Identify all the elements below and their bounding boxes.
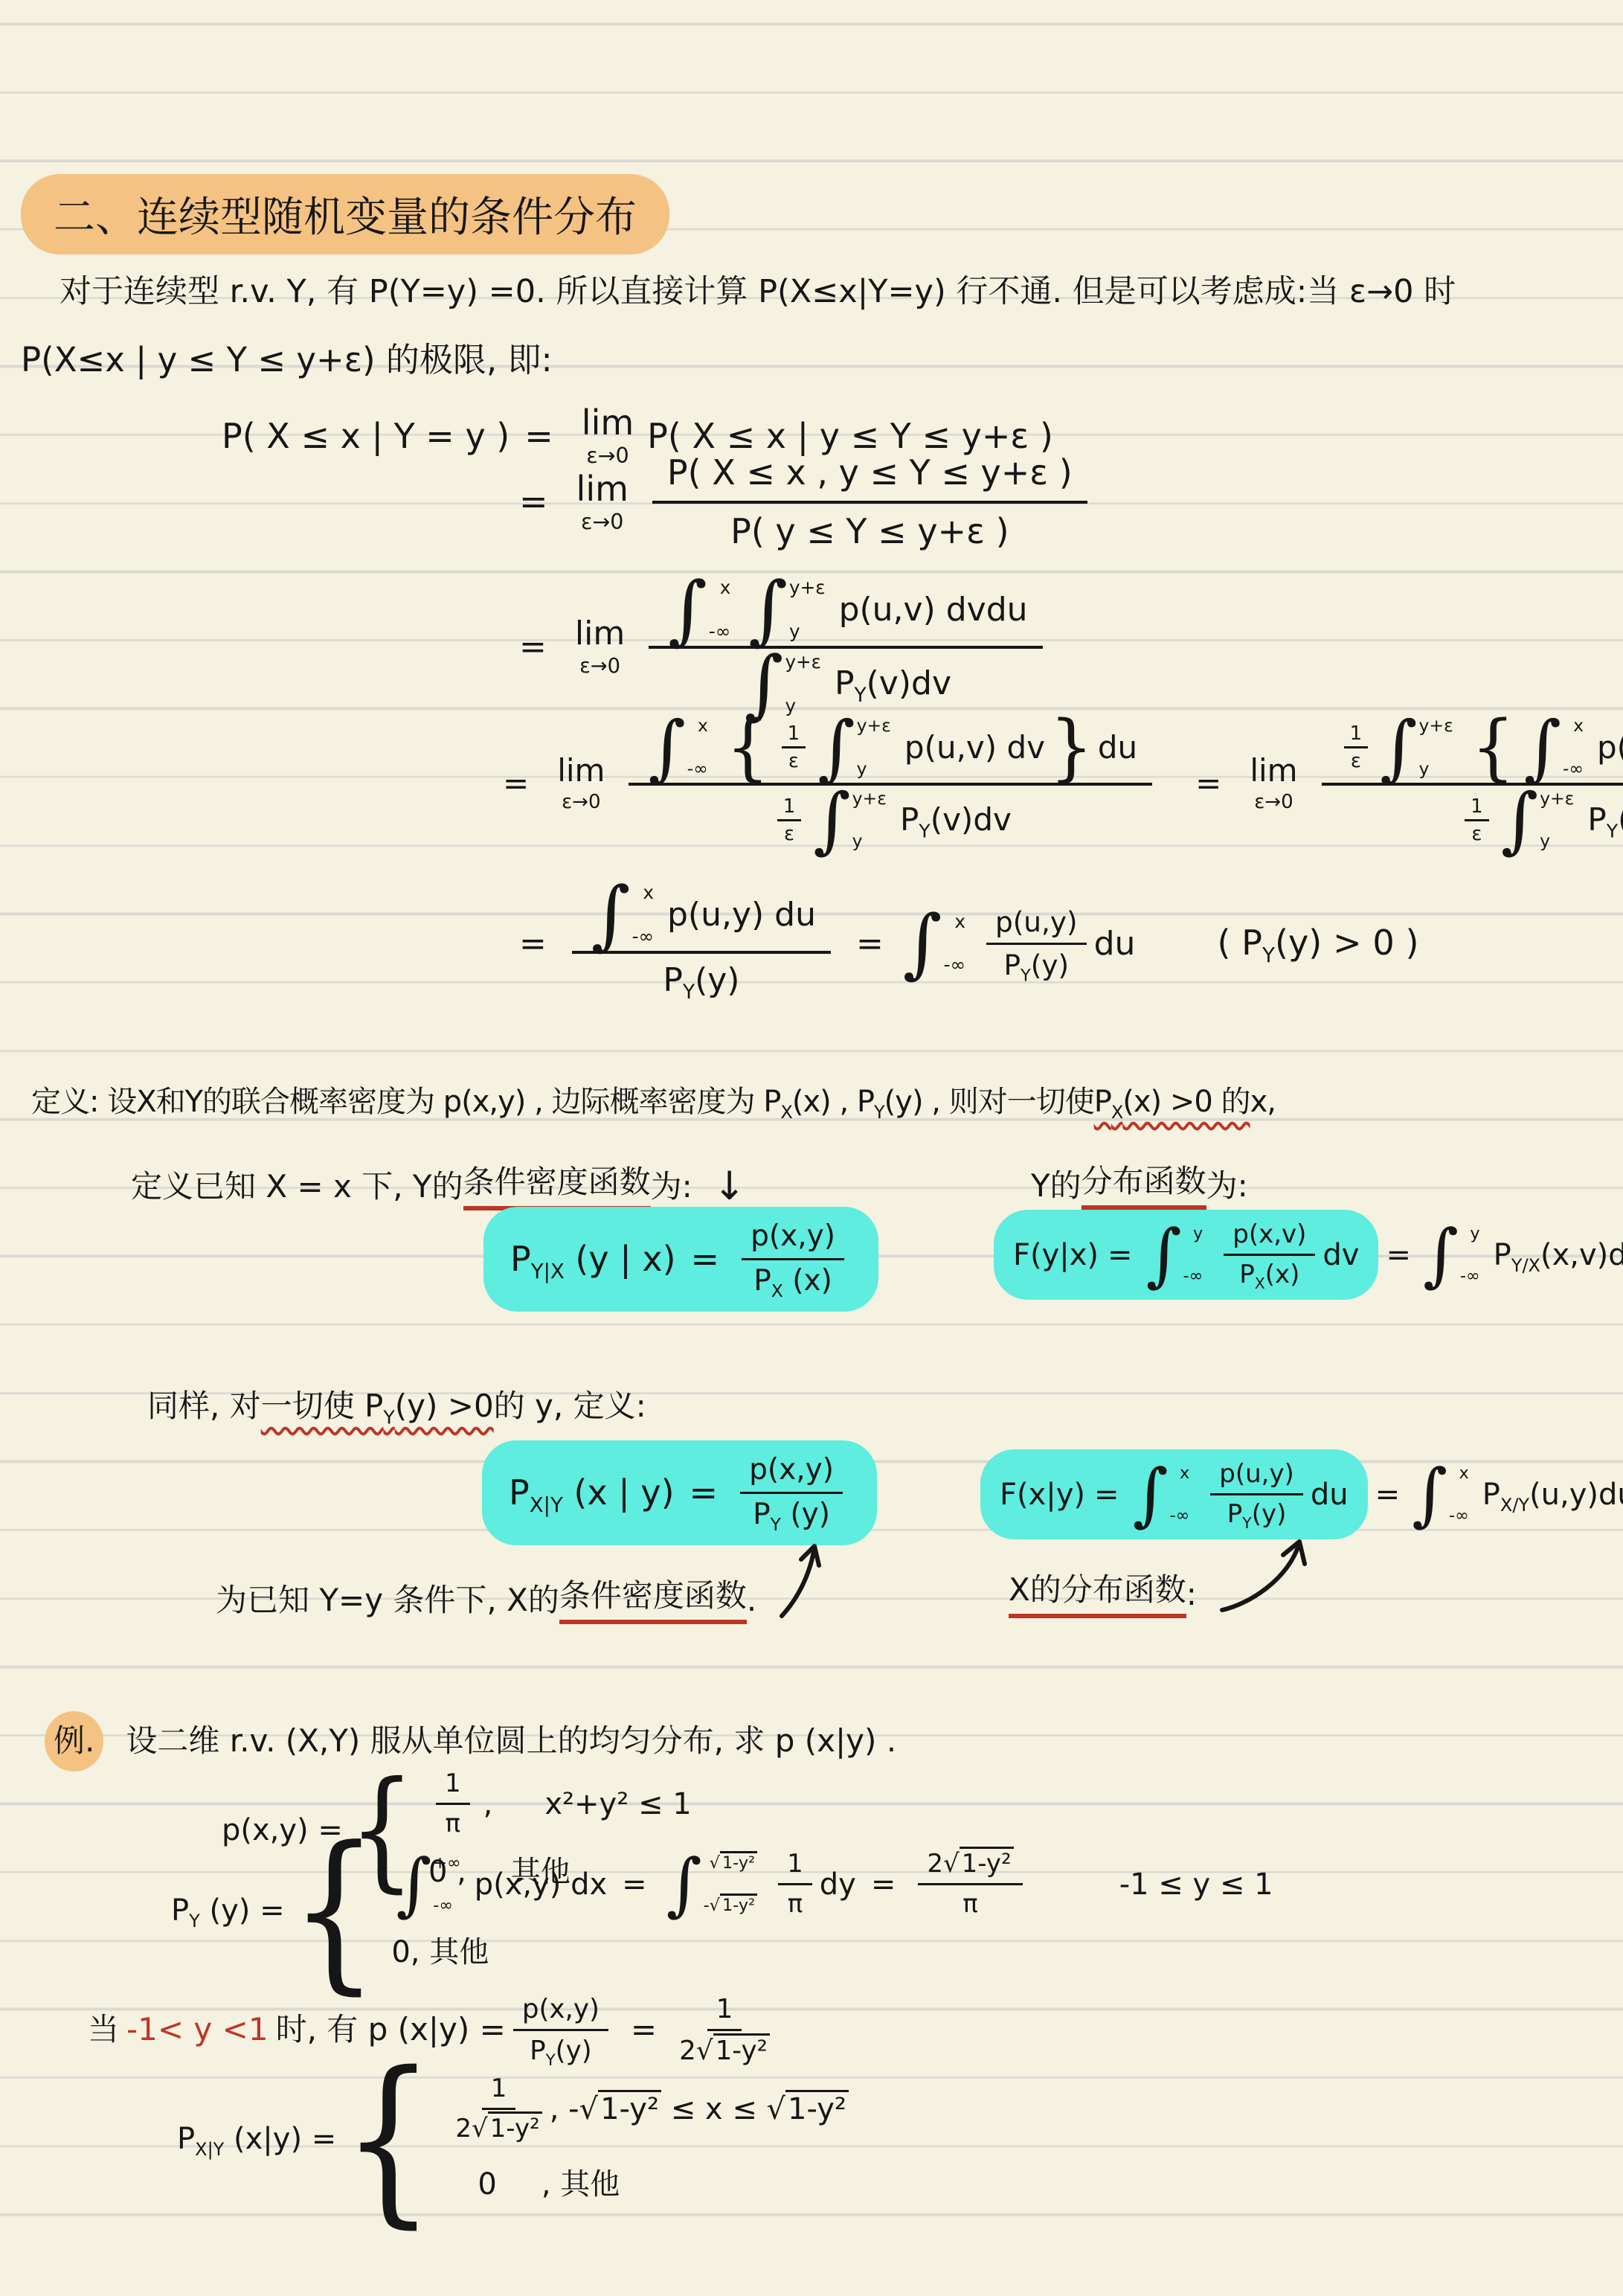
integral-icon: ∫ [817,721,855,775]
math-token: PY(v)dv [1587,801,1623,838]
integral-icon: ∫ [666,1859,702,1910]
when-text: 当 [88,2010,119,2050]
definition-text: x, [1250,1083,1276,1120]
integral-upper: y [1470,1225,1479,1242]
math-token: PY|X (y | x) [510,1238,676,1281]
fraction-denominator: 2√1-y² [455,2110,541,2143]
fraction-denominator: π [788,1885,803,1919]
fraction-denominator: PY(y) [663,954,739,1001]
integral-lower: -∞ [433,1897,453,1914]
fraction-numerator: 1 [1465,797,1489,821]
fraction-denominator: ε [784,821,794,844]
limit-sub: ε→0 [579,656,620,676]
integral-lower: -∞ [1563,760,1584,778]
integral-upper: x [954,913,965,931]
integral-lower: -∞ [1183,1268,1203,1284]
fraction: ∫x-∞ { 1ε ∫y+εy p(u,v) dv } du 1ε ∫y+εy … [629,720,1152,847]
left-brace: { [726,719,770,777]
intro-text-1: 对于连续型 r.v. Y, 有 P(Y=y) =0. 所以直接计算 P(X≤x|… [60,272,1456,312]
integral-lower: -∞ [1170,1507,1190,1524]
notebook-page: 二、连续型随机变量的条件分布 对于连续型 r.v. Y, 有 P(Y=y) =0… [0,0,1623,2296]
case-row: 12√1-y² , -√1-y² ≤ x ≤ √1-y² [448,2074,849,2143]
likewise-text: 同样, 对 [147,1387,261,1426]
equals-sign: = [519,481,548,524]
fraction-numerator: 2√1-y² [918,1850,1022,1885]
math-token: PX/Y(u,y)du [1482,1476,1623,1513]
integral-lower: -∞ [1449,1507,1469,1524]
small-fraction: 1ε [777,797,802,844]
fraction-denominator: ε [788,748,799,771]
underlined-term: 条件密度函数 [463,1163,651,1210]
integral-icon: ∫ [648,721,685,775]
integral-upper: y+ε [1418,717,1453,735]
math-token: P( X ≤ x | Y = y ) [222,415,510,458]
definition-text: 为: [1206,1167,1248,1206]
integral-icon: ∫ [1133,1469,1169,1520]
fraction: 2√1-y²π [918,1850,1022,1919]
math-token: PY (y) = [171,1892,285,1929]
definition-line-1: 定义: 设X和Y的联合概率密度为 p(x,y) , 边际概率密度为 PX(x) … [31,1083,1276,1120]
limit-sub: ε→0 [562,792,600,812]
formula-distribution-y-given-x: F(y|x) = ∫y-∞ p(x,v)PX(x) dv = ∫y-∞ PY/X… [994,1210,1623,1300]
integral-lower: -∞ [687,760,708,778]
formula-conditional-density-x-given-y: PX|Y (x | y) = p(x,y)PY (y) [482,1440,877,1545]
math-token: dv [1322,1237,1359,1274]
case-condition: , -√1-y² ≤ x ≤ √1-y² [550,2091,849,2128]
case-row: 0 , 其他 [448,2166,620,2203]
fraction: 1π [436,1769,470,1838]
integral-icon: ∫ [1501,793,1538,847]
limit-text: lim [1250,755,1297,786]
integral-lower: -√1-y² [704,1897,758,1914]
fraction-numerator: ∫x-∞ ∫y+εy p(u,v) dvdu [649,582,1042,649]
likewise-wavy-underline: 一切使 PY(y) >0 [261,1387,494,1426]
fraction-denominator: PX(x) [1239,1256,1299,1289]
likewise-text: 的 y, 定义: [494,1387,646,1426]
intro-line-1: 对于连续型 r.v. Y, 有 P(Y=y) =0. 所以直接计算 P(X≤x|… [60,272,1456,312]
fraction-denominator: P( y ≤ Y ≤ y+ε ) [730,504,1009,552]
definition-text: 定义: 设X和Y的联合概率密度为 p(x,y) , 边际概率密度为 PX(x) … [31,1083,1094,1120]
integral-upper: +∞ [433,1855,460,1871]
math-token: p(u,v)du [1597,729,1623,766]
cyan-highlight: PX|Y (x | y) = p(x,y)PY (y) [482,1440,877,1545]
fraction: 1π [778,1850,812,1919]
fraction-denominator: 2√1-y² [679,2031,770,2066]
fraction: p(x,y)PY (y) [740,1454,843,1532]
equals-sign: = [631,2010,657,2050]
integral: ∫√1-y²-√1-y² [666,1859,766,1910]
integral: ∫x-∞ [668,582,739,638]
math-token: du [1098,729,1137,766]
fraction: P( X ≤ x , y ≤ Y ≤ y+ε ) P( y ≤ Y ≤ y+ε … [652,452,1087,552]
limit-text: lim [575,618,625,650]
integral: ∫x-∞ [1412,1469,1478,1520]
definition-line-2-left: 定义已知 X = x 下, Y的条件密度函数为: ↓ [131,1162,746,1211]
definition-line-2-right: Y的分布函数为: [1031,1162,1248,1210]
section-title-text: 二、连续型随机变量的条件分布 [54,193,637,242]
math-token: dy [820,1866,856,1903]
cases-brace: { [342,2062,434,2216]
annotation-text: 为已知 Y=y 条件下, X的 [216,1581,559,1620]
integral-lower: y [1540,833,1550,850]
math-token: p(x,y) dx [475,1866,607,1903]
underlined-term: X的分布函数 [1009,1571,1186,1618]
equals-sign: = [1108,1237,1133,1274]
side-condition: ( PY(y) > 0 ) [1217,922,1418,965]
derivation-line-3: = limε→0 ∫x-∞ ∫y+εy p(u,v) dvdu ∫y+εy PY… [504,582,1053,713]
integral-lower: y [857,760,867,778]
math-token: du [1311,1476,1349,1513]
integral-upper: x [1180,1465,1189,1481]
integral-icon: ∫ [813,793,850,847]
integral: ∫y-∞ [1146,1229,1212,1280]
fraction: 12√1-y² [679,1994,770,2066]
math-token: F(y|x) [1013,1237,1099,1274]
fraction-denominator: PX (x) [753,1260,832,1298]
math-token: P( X ≤ x | y ≤ Y ≤ y+ε ) [647,415,1053,458]
formula-conditional-density-y-given-x: PY|X (y | x) = p(x,y)PX (x) [483,1207,878,1312]
fraction-numerator: p(u,y) [986,906,1087,945]
equals-sign: = [524,415,553,458]
up-arrow-icon [776,1539,828,1620]
math-token: PY(v)dv [900,801,1012,838]
cyan-highlight: F(x|y) = ∫x-∞ p(u,y)PY(y) du [980,1449,1368,1539]
integral: ∫y+εy [1380,721,1462,775]
integral: ∫y+εy [1501,793,1584,847]
math-token: PX|Y (x | y) [509,1472,675,1515]
small-fraction: 1ε [1344,724,1369,771]
integral-upper: x [643,884,654,902]
annotation-text: : [1186,1575,1197,1614]
math-token: PY/X(x,v)dv [1494,1237,1623,1274]
equals-sign: = [1375,1476,1401,1513]
integral-lower: y [785,697,796,716]
fraction-denominator: π [962,1885,977,1919]
integral-upper: y+ε [857,717,891,735]
equals-sign: = [690,1472,719,1515]
integral-icon: ∫ [1524,721,1561,775]
example-statement: 设二维 r.v. (X,Y) 服从单位圆上的均匀分布, 求 p (x|y) . [126,1722,896,1761]
derivation-line-4: = limε→0 ∫x-∞ { 1ε ∫y+εy p(u,v) dv } du … [488,720,1623,847]
limit-text: lim [576,472,629,506]
annotation-right: X的分布函数: [1009,1553,1313,1635]
fraction-numerator: 1 [778,1850,812,1885]
integral: ∫y+εy [748,582,834,638]
limit: limε→0 [576,472,629,533]
fraction: p(x,v)PX(x) [1224,1220,1315,1289]
integral-upper: y+ε [1540,790,1574,808]
example-final-answer: PX|Y (x|y) = { 12√1-y² , -√1-y² ≤ x ≤ √1… [177,2074,849,2203]
limit-text: lim [557,755,605,786]
integral-upper: x [720,579,731,597]
integral-lower: y [1418,760,1429,778]
fraction: p(u,y)PY(y) [986,906,1087,981]
math-token: p(u,y) du [667,896,816,935]
small-fraction: 1ε [1465,797,1489,844]
limit-sub: ε→0 [1254,792,1293,812]
integral-icon: ∫ [396,1859,431,1910]
fraction: p(u,y)PY(y) [1210,1460,1303,1529]
integral: ∫x-∞ [591,887,663,943]
fraction-numerator: P( X ≤ x , y ≤ Y ≤ y+ε ) [652,452,1087,504]
case-row: 0, 其他 [391,1934,489,1971]
fraction-denominator: ∫y+εy PY(v)dv [740,649,951,713]
limit: limε→0 [557,755,605,812]
integral-icon: ∫ [1380,721,1417,775]
limit: limε→0 [575,618,625,676]
fraction-numerator: 1 [1344,724,1369,748]
equals-sign: = [856,923,884,964]
integral-lower: -∞ [1460,1268,1480,1284]
up-arrow-icon [1216,1533,1313,1614]
integral-upper: x [1459,1465,1469,1481]
limit: limε→0 [1250,755,1297,812]
fraction: ∫x-∞ p(u,y) du PY(y) [572,887,831,1001]
integral: ∫x-∞ [903,915,974,972]
integral: ∫y-∞ [1423,1229,1489,1280]
cases-rows: 12√1-y² , -√1-y² ≤ x ≤ √1-y² 0 , 其他 [448,2074,849,2203]
integral-upper: y+ε [789,579,826,597]
fraction-denominator: π [446,1805,460,1838]
section-title: 二、连续型随机变量的条件分布 [21,174,669,254]
integral: ∫x-∞ [1133,1469,1199,1520]
fraction-denominator: PY(y) [1227,1495,1287,1529]
definition-text: Y的 [1031,1167,1082,1206]
fraction: p(x,y)PY(y) [513,1994,608,2066]
down-arrow-icon: ↓ [713,1162,746,1211]
underlined-term: 分布函数 [1082,1162,1206,1210]
intro-text-2: P(X≤x | y ≤ Y ≤ y+ε) 的极限, 即: [21,339,553,381]
fraction-numerator: 1 [482,2074,516,2110]
integral-lower: -∞ [709,623,730,641]
cyan-highlight: PY|X (y | x) = p(x,y)PX (x) [483,1207,878,1312]
integral-lower: -∞ [944,956,965,975]
left-brace: { [1471,719,1515,777]
intro-line-2: P(X≤x | y ≤ Y ≤ y+ε) 的极限, 即: [21,339,553,381]
when-red-range: -1< y <1 [126,2010,269,2050]
integral-lower: y [789,623,800,641]
small-fraction: 1ε [782,724,806,771]
integral-icon: ∫ [1412,1469,1447,1520]
example-marginal-density: PY (y) = { ∫+∞-∞ p(x,y) dx = ∫√1-y²-√1-y… [171,1850,1273,1971]
integral-upper: √1-y² [710,1855,757,1871]
underlined-term: 条件密度函数 [559,1577,747,1624]
fraction: p(x,y)PX (x) [742,1220,844,1298]
example-label: 例. [45,1711,103,1771]
fraction-numerator: p(u,y) [1210,1460,1303,1495]
integral: ∫y+εy [817,721,900,775]
case-row: ∫+∞-∞ p(x,y) dx = ∫√1-y²-√1-y² 1π dy = 2… [391,1850,1273,1919]
integral-icon: ∫ [668,582,707,638]
math-token: du [1094,923,1136,964]
math-token: PX|Y (x|y) = [177,2120,336,2158]
equals-sign: = [691,1238,720,1281]
fraction-numerator: p(x,y) [742,1220,844,1260]
integral-upper: x [698,717,708,735]
integral-upper: x [1573,717,1584,735]
math-token: , [483,1786,493,1823]
integral-upper: y+ε [852,790,887,808]
integral-icon: ∫ [748,582,788,638]
fraction-denominator: ε [1351,748,1361,771]
fraction-denominator: PY(y) [530,2031,592,2066]
fraction-numerator: 1 [777,797,802,821]
fraction-denominator: ε [1471,821,1482,844]
integral-icon: ∫ [1146,1229,1182,1280]
fraction-numerator: 1ε ∫y+εy { ∫x-∞ p(u,v)du } dv [1322,720,1623,786]
case-condition: , 其他 [541,2166,620,2203]
fraction-numerator: ∫x-∞ { 1ε ∫y+εy p(u,v) dv } du [629,720,1152,786]
case-row: 1π , x²+y² ≤ 1 [428,1769,692,1838]
integral-lower: -∞ [632,928,654,946]
math-token: F(x|y) [1000,1476,1085,1513]
fraction-numerator: p(x,v) [1224,1220,1315,1256]
limit-text: lim [582,405,634,440]
cases-rows: ∫+∞-∞ p(x,y) dx = ∫√1-y²-√1-y² 1π dy = 2… [391,1850,1273,1971]
case-condition: -1 ≤ y ≤ 1 [1119,1866,1273,1903]
fraction-numerator: 1 [707,1994,742,2031]
integral-upper: y [1193,1225,1203,1242]
equals-sign: = [871,1866,896,1903]
example-heading: 例. 设二维 r.v. (X,Y) 服从单位圆上的均匀分布, 求 p (x|y)… [45,1711,896,1771]
fraction: ∫x-∞ ∫y+εy p(u,v) dvdu ∫y+εy PY(v)dv [649,582,1042,713]
fraction-denominator: 1ε ∫y+εy PY(v)dv [770,786,1012,847]
cyan-highlight: F(y|x) = ∫y-∞ p(x,v)PX(x) dv [994,1210,1378,1300]
definition-wavy-underline: PX(x) >0 的 [1094,1083,1250,1120]
math-token: p(u,v) dvdu [839,591,1028,630]
math-token: 0 [478,2166,496,2203]
equals-sign: = [519,923,547,964]
fraction-denominator: PY (y) [753,1494,830,1532]
right-brace: } [1050,719,1093,777]
fraction-denominator: PY(y) [1004,945,1070,981]
fraction-numerator: 1 [436,1769,470,1805]
integral: ∫y+εy [813,793,896,847]
integral-icon: ∫ [1423,1229,1459,1280]
case-condition: x²+y² ≤ 1 [544,1786,691,1823]
limit-sub: ε→0 [581,512,623,533]
integral-upper: y+ε [785,653,821,672]
equals-sign: = [519,626,547,667]
derivation-line-2: = limε→0 P( X ≤ x , y ≤ Y ≤ y+ε ) P( y ≤… [504,452,1098,552]
fraction: 1ε ∫y+εy { ∫x-∞ p(u,v)du } dv 1ε ∫y+εy P… [1322,720,1623,847]
integral-icon: ∫ [591,887,631,943]
annotation-text: . [747,1581,756,1620]
integral: ∫x-∞ [648,721,716,775]
fraction-numerator: p(x,y) [740,1454,843,1494]
equals-sign: = [1094,1476,1119,1513]
equals-sign: = [1386,1237,1411,1274]
math-token: 0, 其他 [391,1934,489,1971]
cases-brace: { [291,1837,379,1984]
fraction-numerator: ∫x-∞ p(u,y) du [572,887,831,954]
integral-lower: y [852,833,863,850]
likewise-line: 同样, 对一切使 PY(y) >0 的 y, 定义: [147,1387,646,1426]
annotation-left: 为已知 Y=y 条件下, X的条件密度函数. [216,1559,828,1641]
math-token: PY(v)dv [835,664,951,704]
integral: ∫+∞-∞ [396,1859,469,1910]
derivation-line-5: = ∫x-∞ p(u,y) du PY(y) = ∫x-∞ p(u,y)PY(y… [504,887,1418,1001]
fraction-numerator: 1 [782,724,806,748]
equals-sign: = [1195,764,1221,804]
fraction-numerator: p(x,y) [513,1994,608,2031]
equals-sign: = [622,1866,647,1903]
integral-icon: ∫ [903,915,942,972]
integral: ∫x-∞ [1524,721,1593,775]
fraction: 12√1-y² [455,2074,541,2143]
fraction-denominator: 1ε ∫y+εy PY(v)dv [1457,786,1623,847]
math-token: p(u,v) dv [904,729,1045,766]
equals-sign: = [503,764,529,804]
definition-text: 为: [651,1167,692,1207]
formula-distribution-x-given-y: F(x|y) = ∫x-∞ p(u,y)PY(y) du = ∫x-∞ PX/Y… [980,1449,1623,1539]
definition-text: 定义已知 X = x 下, Y的 [131,1167,463,1207]
